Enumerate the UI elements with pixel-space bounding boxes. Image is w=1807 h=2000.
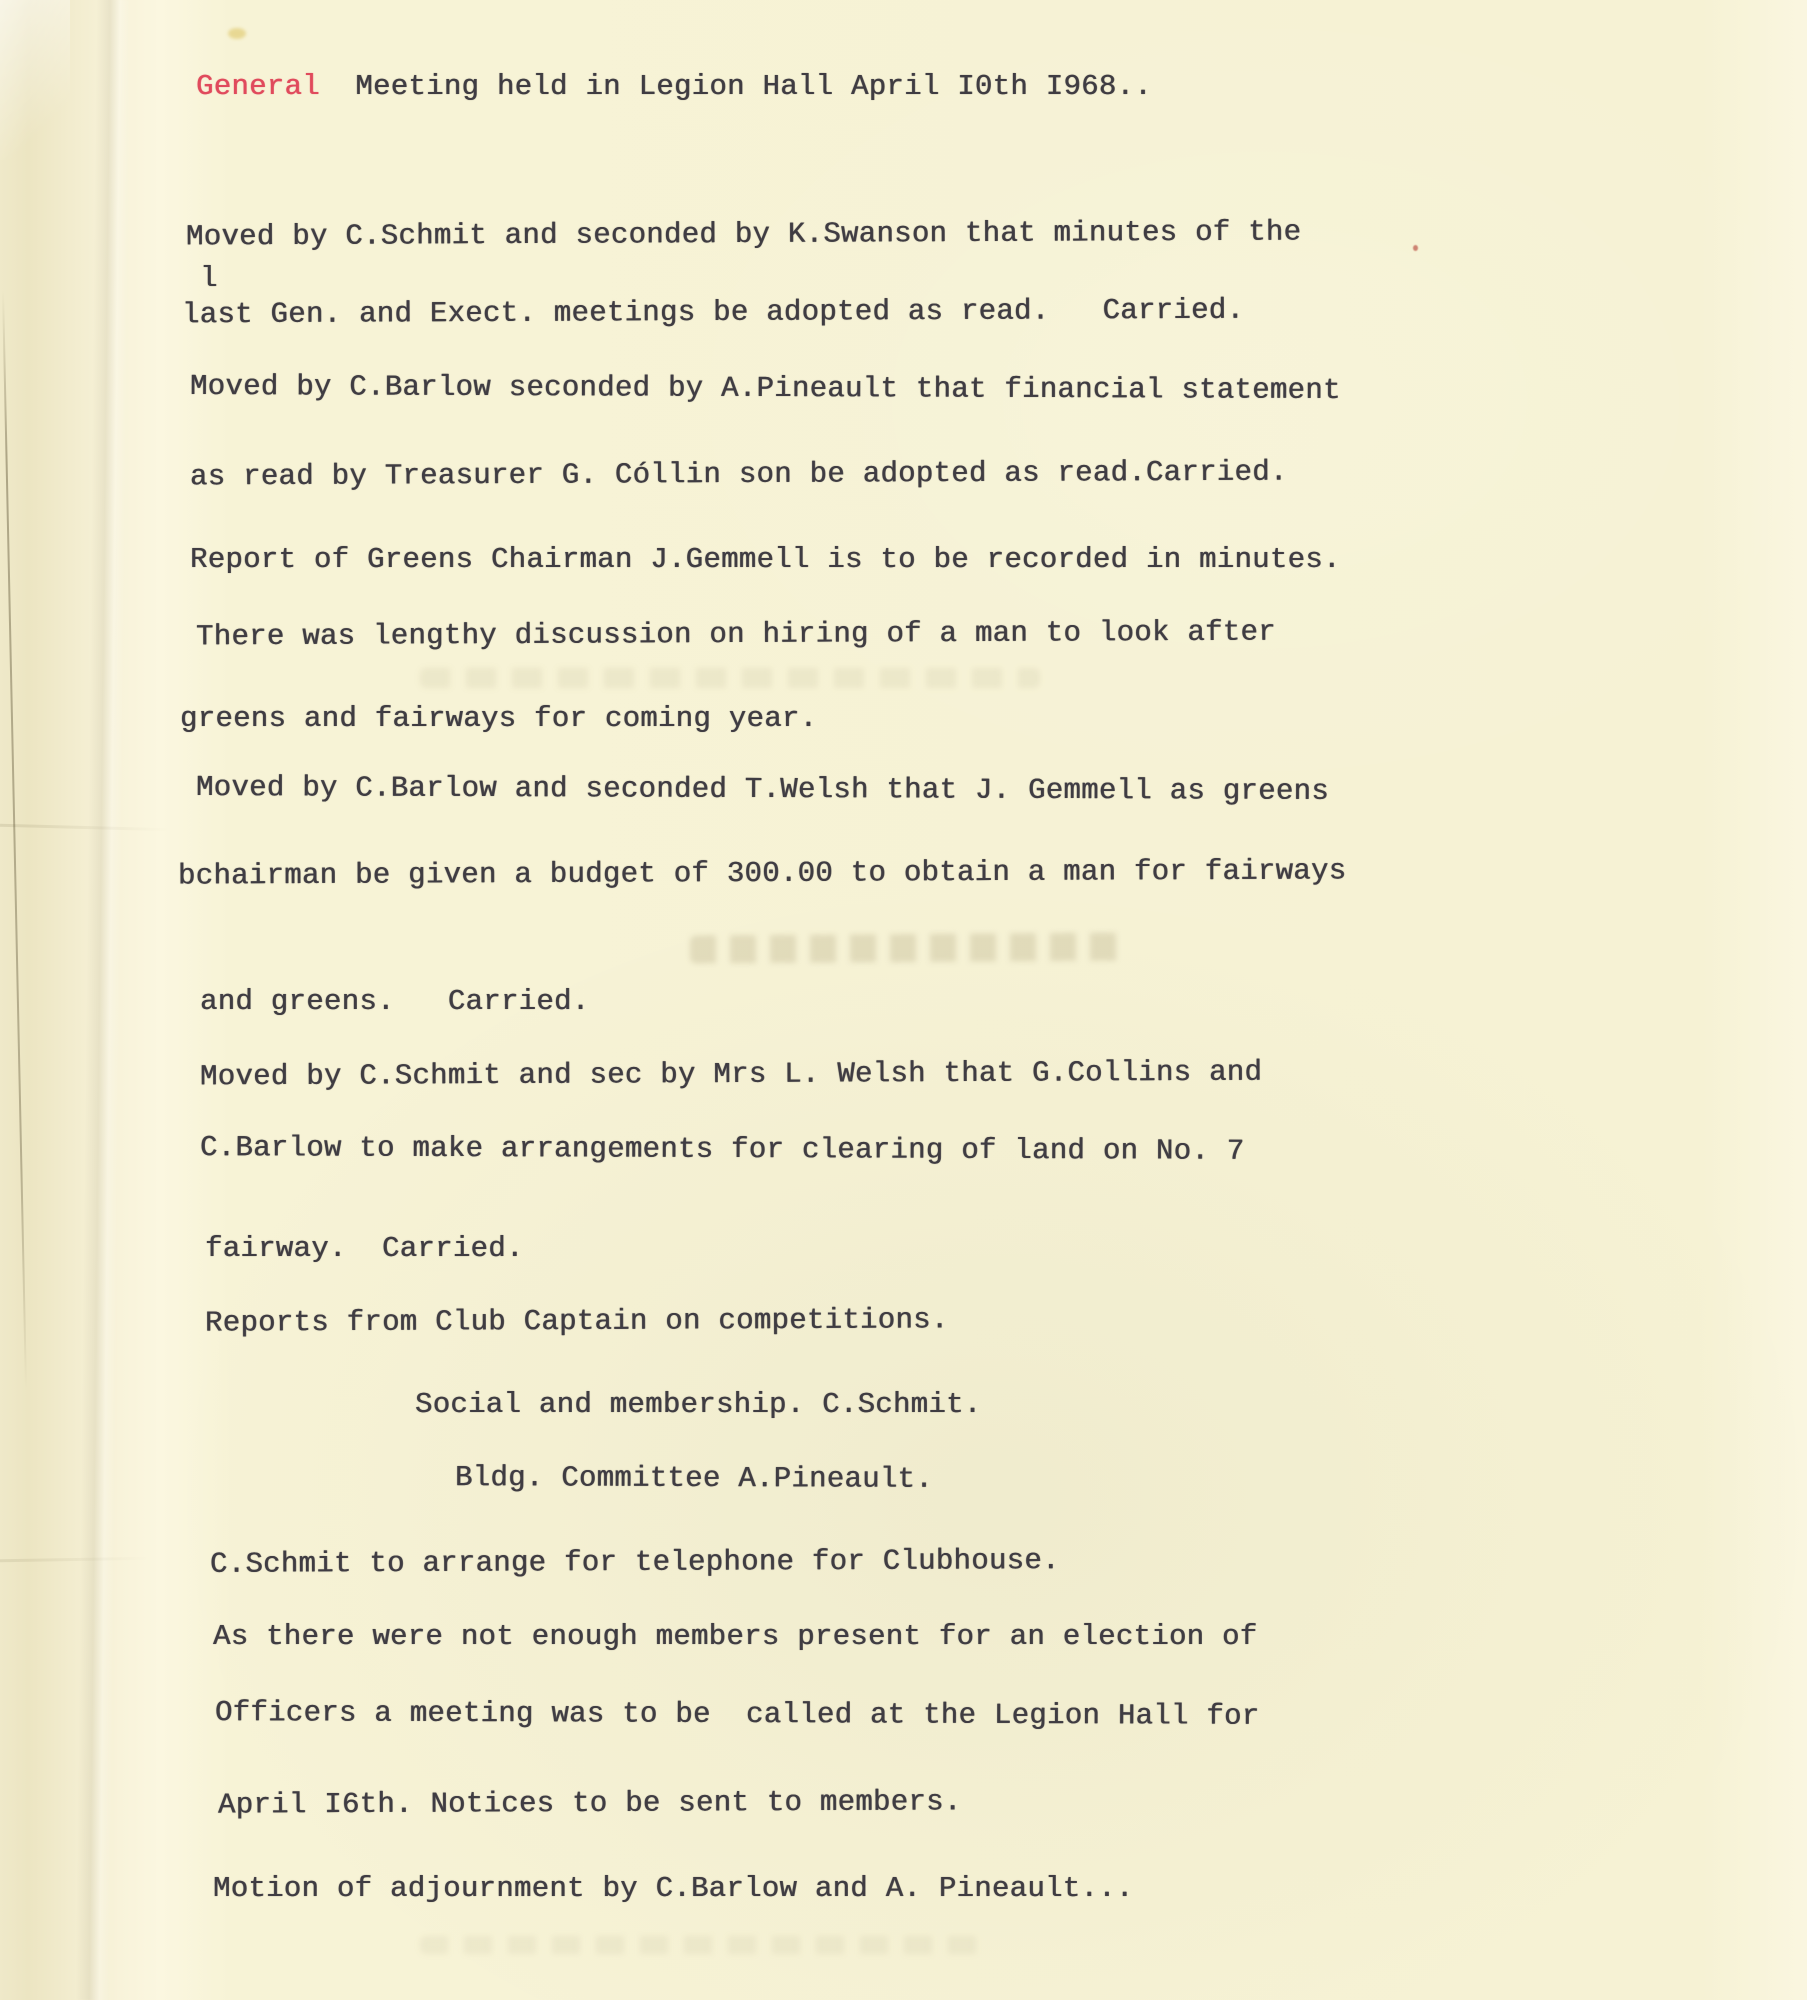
typed-line: C.Schmit to arrange for telephone for Cl… xyxy=(210,1544,1060,1581)
paper-fold-crease xyxy=(76,0,131,2000)
ink-bleedthrough xyxy=(690,932,1130,963)
paper-corner-highlight xyxy=(0,0,70,160)
typed-line: Motion of adjournment by C.Barlow and A.… xyxy=(213,1872,1134,1905)
typed-line: There was lengthy discussion on hiring o… xyxy=(196,616,1276,654)
typed-line: last Gen. and Exect. meetings be adopted… xyxy=(182,294,1244,332)
typed-line: Moved by C.Schmit and seconded by K.Swan… xyxy=(186,216,1301,254)
typed-line-indented: Bldg. Committee A.Pineault. xyxy=(455,1461,933,1496)
typed-line: greens and fairways for coming year. xyxy=(180,702,817,735)
typed-line-stray-character: l xyxy=(200,262,218,295)
title-line: General Meeting held in Legion Hall Apri… xyxy=(196,70,1152,103)
ink-bleedthrough xyxy=(420,1936,980,1954)
typed-line: Moved by C.Barlow seconded by A.Pineault… xyxy=(190,370,1341,407)
typed-line: bchairman be given a budget of 300.00 to… xyxy=(178,854,1347,892)
ink-bleedthrough xyxy=(420,668,1040,688)
ink-speck xyxy=(1413,245,1418,251)
typed-line: Moved by C.Barlow and seconded T.Welsh t… xyxy=(196,771,1329,808)
paper-crease-line xyxy=(2,290,27,1390)
typed-line-indented: Social and membership. C.Schmit. xyxy=(415,1388,982,1421)
title-text: Meeting held in Legion Hall April I0th I… xyxy=(320,70,1152,103)
typed-line: and greens. Carried. xyxy=(200,985,589,1018)
typed-line: Moved by C.Schmit and sec by Mrs L. Wels… xyxy=(200,1056,1262,1094)
typed-line: April I6th. Notices to be sent to member… xyxy=(218,1785,962,1821)
typed-line: Report of Greens Chairman J.Gemmell is t… xyxy=(190,543,1341,576)
title-highlight: General xyxy=(196,70,320,103)
typed-line: Officers a meeting was to be called at t… xyxy=(215,1696,1260,1733)
paper-crease-line xyxy=(0,1557,150,1563)
typed-line: Reports from Club Captain on competition… xyxy=(205,1303,949,1339)
typed-line: fairway. Carried. xyxy=(205,1232,524,1265)
typed-line: as read by Treasurer G. Cóllin son be ad… xyxy=(190,456,1288,494)
paper-crease-line xyxy=(0,824,170,831)
typed-line: As there were not enough members present… xyxy=(213,1620,1257,1653)
scanned-meeting-minutes-page: General Meeting held in Legion Hall Apri… xyxy=(0,0,1807,2000)
paper-stain xyxy=(228,28,246,39)
typed-line: C.Barlow to make arrangements for cleari… xyxy=(200,1131,1245,1168)
